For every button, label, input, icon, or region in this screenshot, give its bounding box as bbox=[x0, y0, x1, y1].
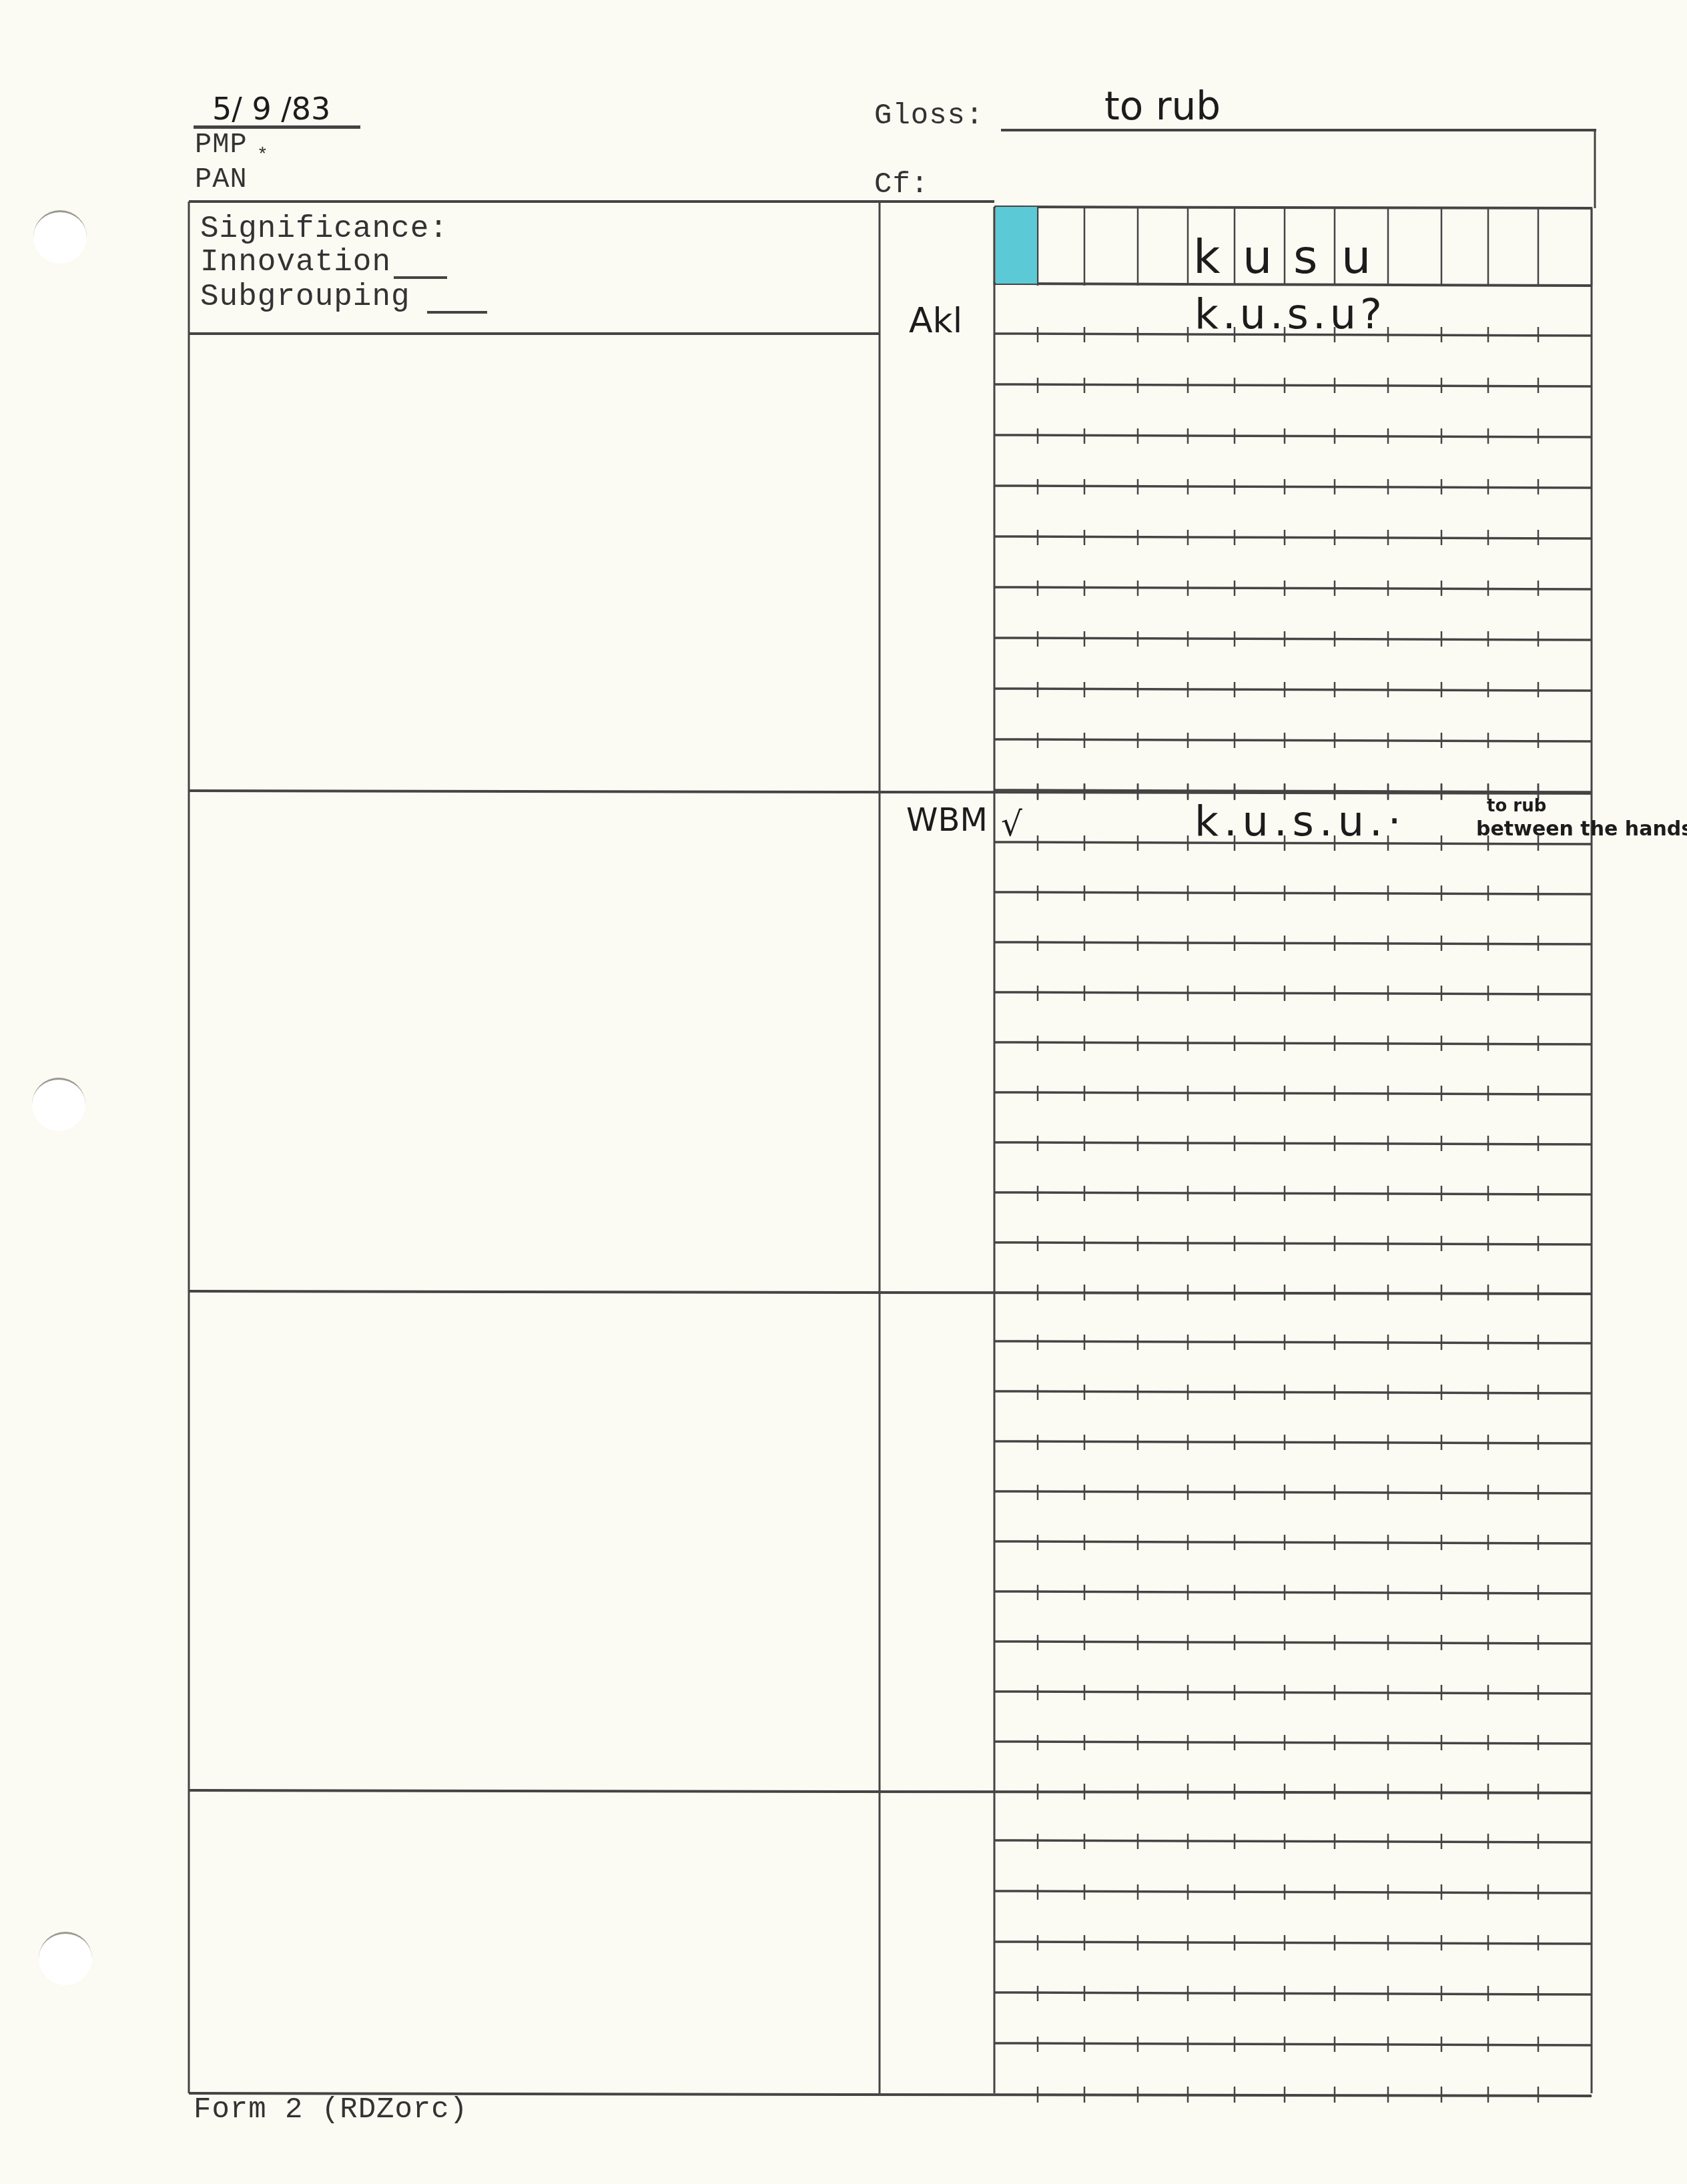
entry-gloss-wbm-line1: to rub bbox=[1487, 797, 1546, 815]
reconstruction-letter-3: s bbox=[1293, 234, 1317, 280]
entry-check-wbm: √ bbox=[1001, 807, 1022, 841]
reconstruction-letter-2: u bbox=[1243, 234, 1272, 280]
reconstruction-letter-1: k bbox=[1193, 234, 1221, 280]
reconstruction-letter-4: u bbox=[1341, 234, 1371, 280]
language-label-wbm: WBM bbox=[906, 804, 988, 836]
entry-gloss-wbm-line2: between the hands bbox=[1476, 819, 1687, 839]
form-footer-label: Form 2 (RDZorc) bbox=[194, 2095, 468, 2125]
language-label-akl: Akl bbox=[909, 304, 962, 338]
entry-form-akl[interactable]: k.u.s.u? bbox=[1195, 294, 1386, 335]
highlight-cell bbox=[996, 207, 1037, 284]
entry-form-wbm[interactable]: k.u.s.u.· bbox=[1195, 801, 1406, 842]
form-grid bbox=[0, 0, 1687, 2184]
